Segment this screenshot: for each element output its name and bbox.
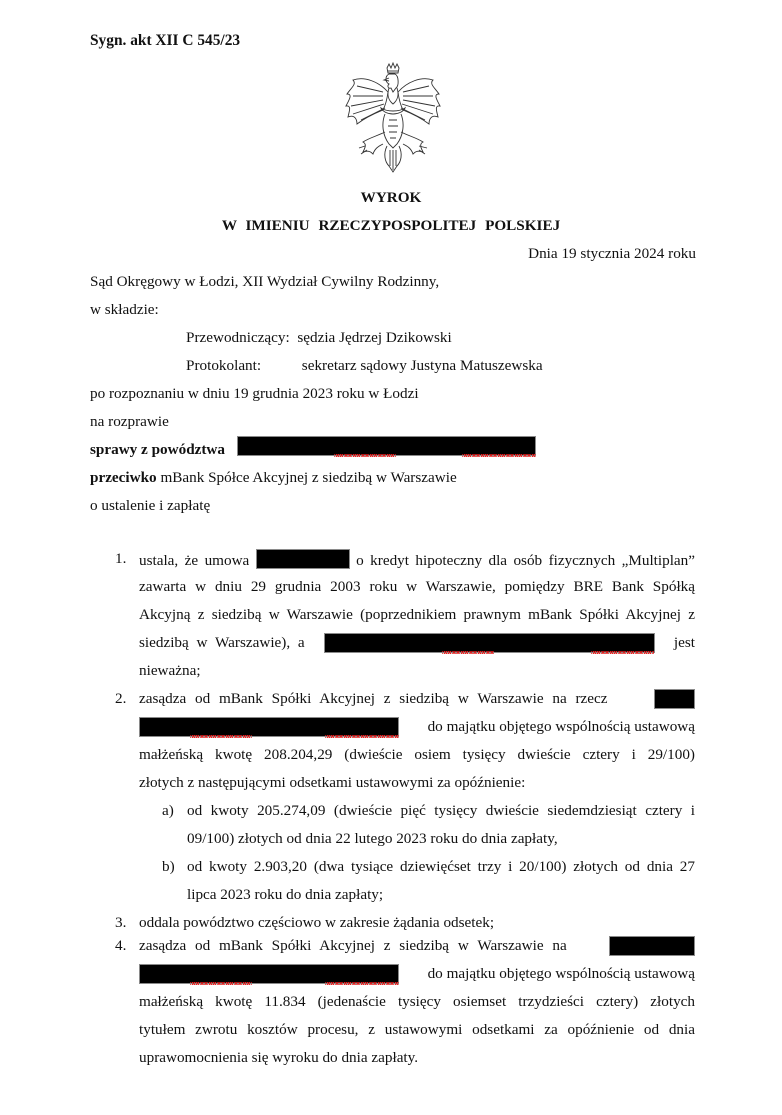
court-name: Sąd Okręgowy w Łodzi, XII Wydział Cywiln… [90, 272, 439, 292]
item-number: 3. [115, 913, 126, 933]
item-number: 4. [115, 936, 126, 956]
role-label: Przewodniczący: [186, 329, 290, 346]
person-name: sędzia Jędrzej Dzikowski [297, 329, 451, 346]
plaintiff-line: sprawy z powództwa [90, 440, 225, 460]
composition-presiding: Przewodniczący: sędzia Jędrzej Dzikowski [186, 328, 452, 348]
item-number: 2. [115, 689, 126, 709]
judgment-title: WYROK [0, 188, 782, 208]
role-label: Protokolant: [186, 356, 298, 376]
text-fragment: siedzibą w Warszawie), a [139, 633, 305, 653]
redacted-party [139, 717, 399, 737]
item-1-line: siedzibą w Warszawie), a jest [139, 633, 695, 653]
subitem-b-line: lipca 2023 roku do dnia zapłaty; [187, 885, 695, 905]
subitem-letter: b) [162, 857, 175, 877]
text-fragment: zasądza od mBank Spółki Akcyjnej z siedz… [139, 689, 608, 709]
text-fragment: ustala, że umowa [139, 552, 249, 569]
polish-eagle-emblem-icon [343, 62, 443, 174]
plaintiff-label: sprawy z powództwa [90, 441, 225, 458]
item-1-line: Akcyjną z siedzibą w Warszawie (poprzedn… [139, 605, 695, 625]
hearing-line: po rozpoznaniu w dniu 19 grudnia 2023 ro… [90, 384, 419, 404]
text-fragment: do majątku objętego wspólnością ustawową [428, 717, 695, 737]
defendant-name: mBank Spółce Akcyjnej z siedzibą w Warsz… [160, 469, 456, 486]
composition-label: w składzie: [90, 300, 159, 320]
subitem-b-line: od kwoty 2.903,20 (dwa tysiące dziewięćs… [187, 857, 695, 877]
case-signature: Sygn. akt XII C 545/23 [90, 31, 240, 51]
judgment-subtitle: W IMIENIU RZECZYPOSPOLITEJ POLSKIEJ [0, 216, 782, 236]
item-2-line: złotych z następującymi odsetkami ustawo… [139, 773, 695, 793]
composition-clerk: Protokolant: sekretarz sądowy Justyna Ma… [186, 356, 543, 376]
redacted-contract-number [256, 549, 350, 569]
hearing-type: na rozprawie [90, 412, 169, 432]
redacted-plaintiff [237, 436, 536, 456]
case-subject: o ustalenie i zapłatę [90, 496, 210, 516]
person-name: sekretarz sądowy Justyna Matuszewska [302, 357, 543, 374]
subitem-letter: a) [162, 801, 174, 821]
item-4-line: do majątku objętego wspólnością ustawową [139, 964, 695, 984]
redacted-party [654, 689, 695, 709]
item-4-line: małżeńską kwotę 11.834 (jedenaście tysię… [139, 992, 695, 1012]
text-fragment: do majątku objętego wspólnością ustawową [428, 964, 695, 984]
judgment-date: Dnia 19 stycznia 2024 roku [528, 244, 696, 264]
text-fragment: zasądza od mBank Spółki Akcyjnej z siedz… [139, 936, 567, 956]
redacted-party [139, 964, 399, 984]
item-1-line: ustala, że umowa o kredyt hipoteczny dla… [139, 549, 695, 571]
redacted-party [324, 633, 655, 653]
item-2-line: zasądza od mBank Spółki Akcyjnej z siedz… [139, 689, 695, 709]
text-fragment: jest [674, 633, 695, 653]
item-1-line: zawarta w dniu 29 grudnia 2003 roku w Wa… [139, 577, 695, 597]
item-3-line: oddala powództwo częściowo w zakresie żą… [139, 913, 695, 933]
judgment-page: Sygn. akt XII C 545/23 WYROK W IMIENIU R… [0, 0, 782, 1115]
subitem-a-line: od kwoty 205.274,09 (dwieście pięć tysię… [187, 801, 695, 821]
text-fragment: o kredyt hipoteczny dla osób fizycznych … [356, 552, 695, 569]
item-number: 1. [115, 549, 126, 569]
item-4-line: uprawomocnienia się wyroku do dnia zapła… [139, 1048, 695, 1068]
subitem-a-line: 09/100) złotych od dnia 22 lutego 2023 r… [187, 829, 695, 849]
item-1-line: nieważna; [139, 661, 695, 681]
defendant-label: przeciwko [90, 469, 157, 486]
item-4-line: zasądza od mBank Spółki Akcyjnej z siedz… [139, 936, 695, 956]
item-4-line: tytułem zwrotu kosztów procesu, z ustawo… [139, 1020, 695, 1040]
item-2-line: małżeńską kwotę 208.204,29 (dwieście osi… [139, 745, 695, 765]
item-2-line: do majątku objętego wspólnością ustawową [139, 717, 695, 737]
defendant-line: przeciwko mBank Spółce Akcyjnej z siedzi… [90, 468, 457, 488]
redacted-party [609, 936, 695, 956]
